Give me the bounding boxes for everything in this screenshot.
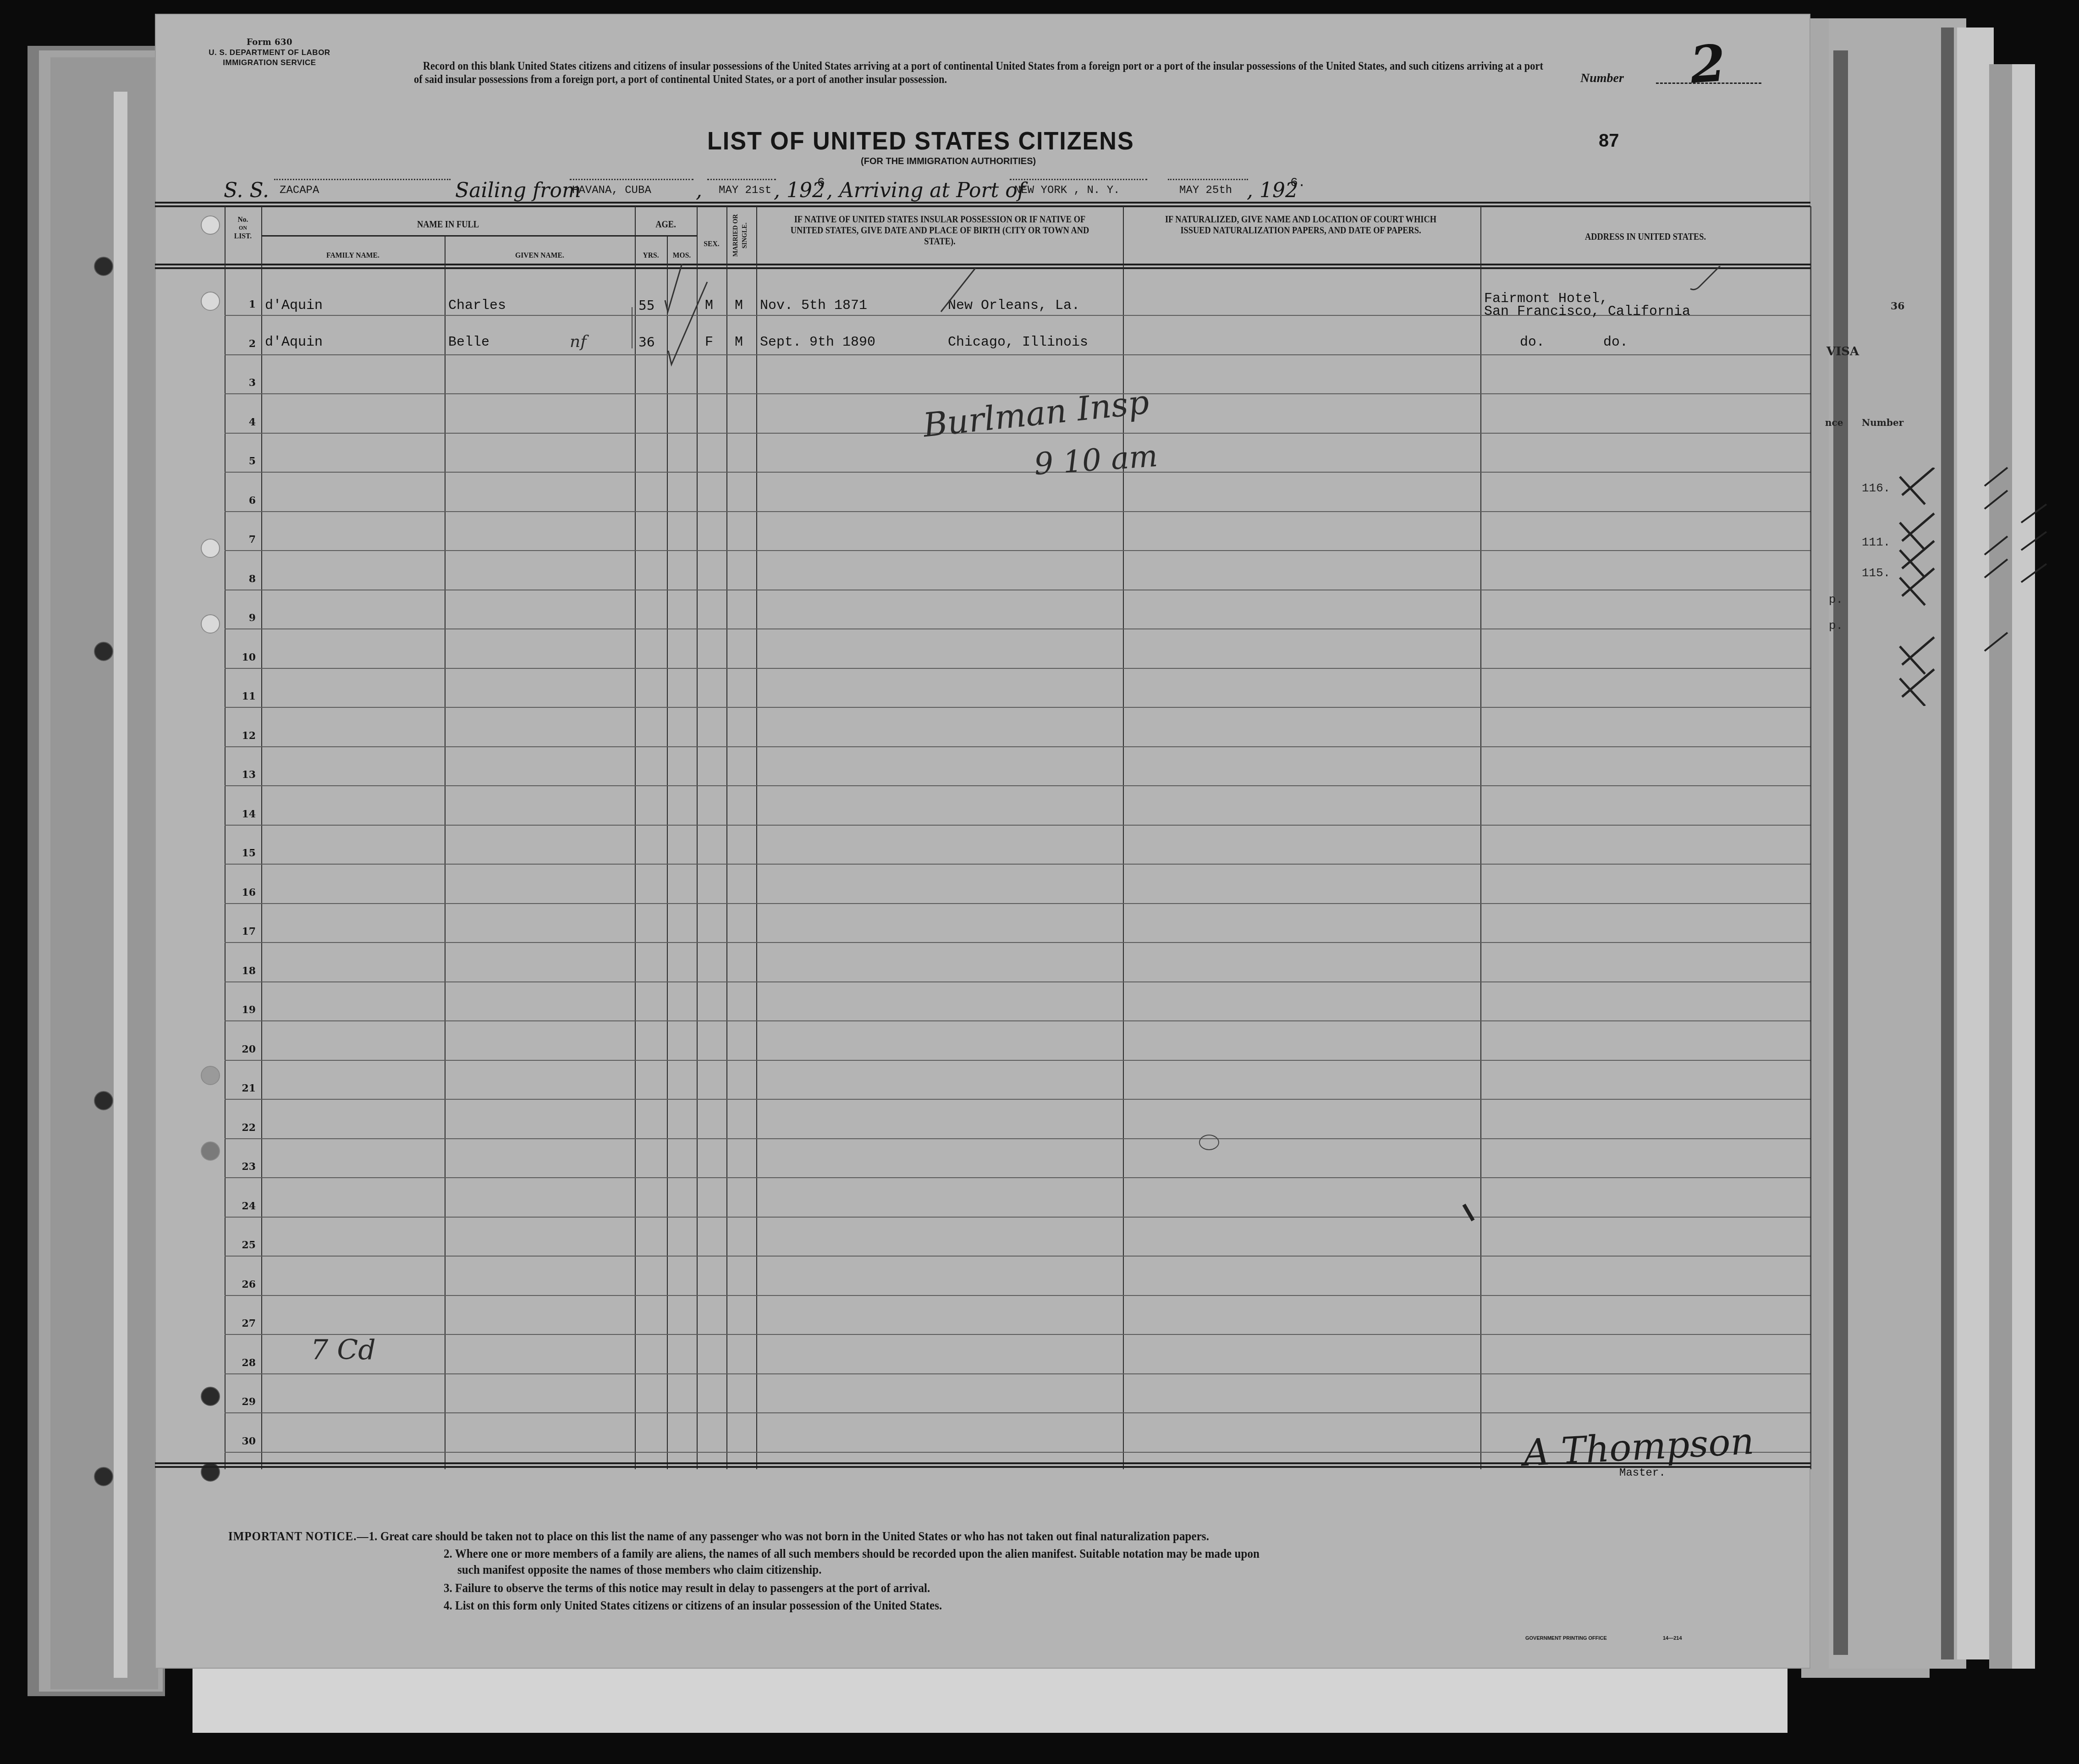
col-line-sex-right — [726, 206, 727, 1469]
row-rule — [225, 354, 1810, 355]
row-rule — [225, 550, 1810, 551]
row-number: 16 — [228, 887, 256, 899]
bg-sheet-value: p. — [1829, 619, 1843, 633]
row-number: 12 — [228, 730, 256, 742]
arriving-label: , Arriving at Port of — [826, 179, 1025, 202]
row-number: 18 — [228, 965, 256, 977]
given-name-cell: Belle — [448, 335, 489, 350]
row-rule — [225, 1373, 1810, 1374]
row-rule — [225, 1138, 1810, 1139]
row-number: 23 — [228, 1161, 256, 1173]
page-stamp: 87 — [1599, 131, 1619, 151]
handwritten-note-row2: nf — [570, 332, 587, 351]
printer-code: 14—214 — [1663, 1636, 1682, 1641]
bg-sheet-visa: VISA — [1826, 345, 1859, 358]
col-line-yrs-right — [667, 236, 668, 1469]
row-rule — [225, 1256, 1810, 1257]
row-number: 5 — [228, 455, 256, 467]
punch-hole — [201, 614, 220, 634]
address-cell-line2: San Francisco, California — [1484, 304, 1690, 320]
col-line-no-right — [261, 206, 262, 1469]
row-number: 9 — [228, 612, 256, 624]
row-rule — [225, 472, 1810, 473]
number-label: Number — [1580, 71, 1624, 86]
address-cell-line2: do. — [1603, 335, 1628, 350]
punch-hole — [201, 1387, 220, 1406]
bg-sheet-value: p. — [1829, 593, 1843, 606]
col-header-address: ADDRESS IN UNITED STATES. — [1494, 232, 1797, 243]
row-number: 22 — [228, 1122, 256, 1134]
name-age-subheader-rule — [261, 235, 697, 237]
col-header-birth: IF NATIVE OF UNITED STATES INSULAR POSSE… — [785, 214, 1094, 247]
row-rule — [225, 1412, 1810, 1413]
row-number: 26 — [228, 1279, 256, 1290]
row-number: 11 — [228, 690, 256, 702]
row-rule — [225, 1295, 1810, 1296]
col-line-given-right — [635, 206, 636, 1469]
arriving-port-dotline — [1010, 179, 1147, 180]
col-header-name-in-full: NAME IN FULL — [276, 219, 620, 230]
given-name-cell: Charles — [448, 298, 506, 314]
form-subtitle: (FOR THE IMMIGRATION AUTHORITIES) — [861, 156, 1036, 167]
bg-sheet-x-marks — [1893, 468, 1948, 706]
department-name: U. S. DEPARTMENT OF LABOR — [196, 48, 343, 58]
sailing-year-digit: 6 — [817, 176, 825, 190]
row-rule — [225, 511, 1810, 512]
col-header-family-name: FAMILY NAME. — [269, 250, 437, 261]
birth-date-cell: Nov. 5th 1871 — [760, 298, 867, 314]
row-rule — [225, 746, 1810, 747]
notice-item-4: 4. List on this form only United States … — [444, 1598, 942, 1613]
form-identification: Form 630 U. S. DEPARTMENT OF LABOR IMMIG… — [196, 38, 343, 68]
row-number: 10 — [228, 651, 256, 663]
row-number: 14 — [228, 808, 256, 820]
bg-sheet-value: 115. — [1862, 566, 1890, 580]
col-header-given-name: GIVEN NAME. — [452, 250, 627, 261]
bg-sheet-ance: nce — [1825, 417, 1843, 428]
row-rule — [225, 1334, 1810, 1335]
row-number: 8 — [228, 573, 256, 585]
form-title: LIST OF UNITED STATES CITIZENS — [707, 126, 1134, 155]
row-number: 7 — [228, 534, 256, 546]
col-line-address-right — [1810, 206, 1811, 1469]
comma: , — [696, 179, 702, 202]
married-cell: M — [735, 298, 743, 314]
handwritten-row30-note: 7 Cd — [311, 1334, 376, 1366]
row-number: 17 — [228, 926, 256, 937]
ink-blot — [1199, 1135, 1219, 1150]
row-rule — [225, 1099, 1810, 1100]
row-rule — [225, 825, 1810, 826]
col-header-age: AGE. — [637, 219, 694, 230]
col-header-sex: SEX. — [698, 238, 726, 249]
row-rule — [225, 942, 1810, 943]
sailing-from-dotline — [570, 179, 693, 180]
ss-label: S. S. — [224, 179, 269, 202]
checkmark-icon — [1688, 266, 1725, 293]
notice-item-3: 3. Failure to observe the terms of this … — [444, 1581, 930, 1596]
col-header-no: No. ON LIST. — [226, 215, 260, 240]
row-rule — [225, 981, 1810, 982]
arriving-date: MAY 25th — [1179, 184, 1232, 197]
birth-place-cell: Chicago, Illinois — [948, 335, 1088, 350]
handwritten-time-note: 9 10 am — [1033, 438, 1159, 482]
arriving-date-dotline — [1168, 179, 1248, 180]
row-number: 4 — [228, 416, 256, 428]
background-paper-right-5 — [2012, 64, 2035, 1669]
birth-date-cell: Sept. 9th 1890 — [760, 335, 875, 350]
row-number: 15 — [228, 847, 256, 859]
col-line-naturalized-right — [1480, 206, 1481, 1469]
punch-hole — [201, 1066, 220, 1085]
row-rule — [225, 590, 1810, 590]
punch-hole-bg — [94, 1467, 113, 1486]
arriving-year-digit: 6. — [1290, 176, 1306, 190]
row-rule — [225, 1177, 1810, 1178]
row-number: 25 — [228, 1239, 256, 1251]
row-number: 29 — [228, 1396, 256, 1408]
row-number: 30 — [228, 1435, 256, 1447]
row-rule — [225, 903, 1810, 904]
list-number: 2 — [1688, 33, 1727, 94]
row-number: 6 — [228, 495, 256, 507]
form-number: Form 630 — [196, 38, 343, 48]
checkmark-icon — [939, 268, 980, 314]
sailing-date: MAY 21st — [719, 184, 771, 197]
row-number: 13 — [228, 769, 256, 781]
address-cell-line1: do. — [1520, 335, 1545, 350]
printer-imprint: GOVERNMENT PRINTING OFFICE — [1525, 1636, 1607, 1641]
sailing-date-dotline — [707, 179, 776, 180]
bg-sheet-value: 111. — [1862, 535, 1890, 549]
col-line-mos-right — [697, 206, 698, 1469]
row-number: 20 — [228, 1043, 256, 1055]
row-rule — [225, 1217, 1810, 1218]
ship-name: ZACAPA — [280, 184, 319, 197]
punch-hole-bg — [94, 1091, 113, 1110]
checkmark-icon — [657, 264, 716, 374]
form-instructions: Record on this blank United States citiz… — [414, 60, 1552, 86]
row-rule — [225, 1060, 1810, 1061]
punch-hole — [201, 292, 220, 311]
notice-item-2: 2. Where one or more members of a family… — [444, 1546, 1259, 1561]
header-top-rule — [155, 202, 1810, 207]
header-bottom-rule — [155, 264, 1810, 269]
col-header-yrs: YRS. — [636, 250, 665, 261]
row-number: 1 — [228, 298, 256, 310]
row-rule — [225, 707, 1810, 708]
bg-sheet-value: 116. — [1862, 481, 1890, 495]
master-label: Master. — [1619, 1467, 1666, 1479]
background-paper-right-shadow-2 — [1941, 28, 1954, 1659]
bg-sheet-slash-marks — [1980, 458, 2049, 706]
ship-dotline — [274, 179, 451, 180]
background-paper-bottom — [192, 1659, 1787, 1733]
punch-hole — [201, 1141, 220, 1161]
service-name: IMMIGRATION SERVICE — [196, 58, 343, 68]
row-rule — [225, 393, 1810, 394]
sailing-from: HAVANA, CUBA — [572, 184, 651, 197]
background-paper-right-shadow — [1833, 50, 1848, 1655]
punch-hole-bg — [94, 257, 113, 276]
citizen-list-form: Form 630 U. S. DEPARTMENT OF LABOR IMMIG… — [155, 14, 1810, 1669]
handwritten-tick-age — [632, 307, 632, 348]
punch-hole — [201, 215, 220, 235]
row-number: 21 — [228, 1082, 256, 1094]
arriving-port: NEW YORK , N. Y. — [1014, 184, 1120, 197]
background-paper-left-3 — [50, 57, 158, 1689]
age-yrs-cell: 36 — [638, 335, 655, 350]
col-header-married: MARRIED OR SINGLE. — [731, 209, 752, 263]
ink-speck — [1463, 1204, 1475, 1222]
row-rule — [225, 628, 1810, 629]
row-number: 19 — [228, 1004, 256, 1016]
notice-item-1: IMPORTANT NOTICE.—1. Great care should b… — [228, 1529, 1209, 1544]
row-number: 28 — [228, 1357, 256, 1369]
row-number: 3 — [228, 377, 256, 389]
col-header-naturalized: IF NATURALIZED, GIVE NAME AND LOCATION O… — [1153, 214, 1448, 236]
col-line-married-right — [756, 206, 757, 1469]
row-rule — [225, 1020, 1810, 1021]
bg-sheet-number-header: Number — [1862, 417, 1903, 428]
punch-hole-bg — [94, 642, 113, 661]
notice-item-2-cont: such manifest opposite the names of thos… — [457, 1562, 821, 1577]
col-line-family-right — [445, 236, 445, 1469]
bg-sheet-36: 36 — [1891, 300, 1905, 312]
punch-hole — [201, 539, 220, 558]
sailing-label: Sailing from — [455, 179, 581, 202]
row-rule — [225, 785, 1810, 786]
col-line-no-left — [225, 206, 225, 1469]
background-paper-right-3 — [1957, 28, 1994, 1659]
handwritten-inspector-note: Burlman Insp — [921, 382, 1151, 444]
col-header-mos: MOS. — [668, 250, 696, 261]
row-number: 2 — [228, 338, 256, 350]
married-cell: M — [735, 335, 743, 350]
row-number: 27 — [228, 1317, 256, 1329]
row-rule — [225, 864, 1810, 865]
family-name-cell: d'Aquin — [265, 298, 323, 314]
row-rule — [225, 668, 1810, 669]
row-number: 24 — [228, 1200, 256, 1212]
background-paper-left-strip — [114, 92, 127, 1678]
age-yrs-cell: 55 — [638, 298, 655, 313]
family-name-cell: d'Aquin — [265, 335, 323, 350]
